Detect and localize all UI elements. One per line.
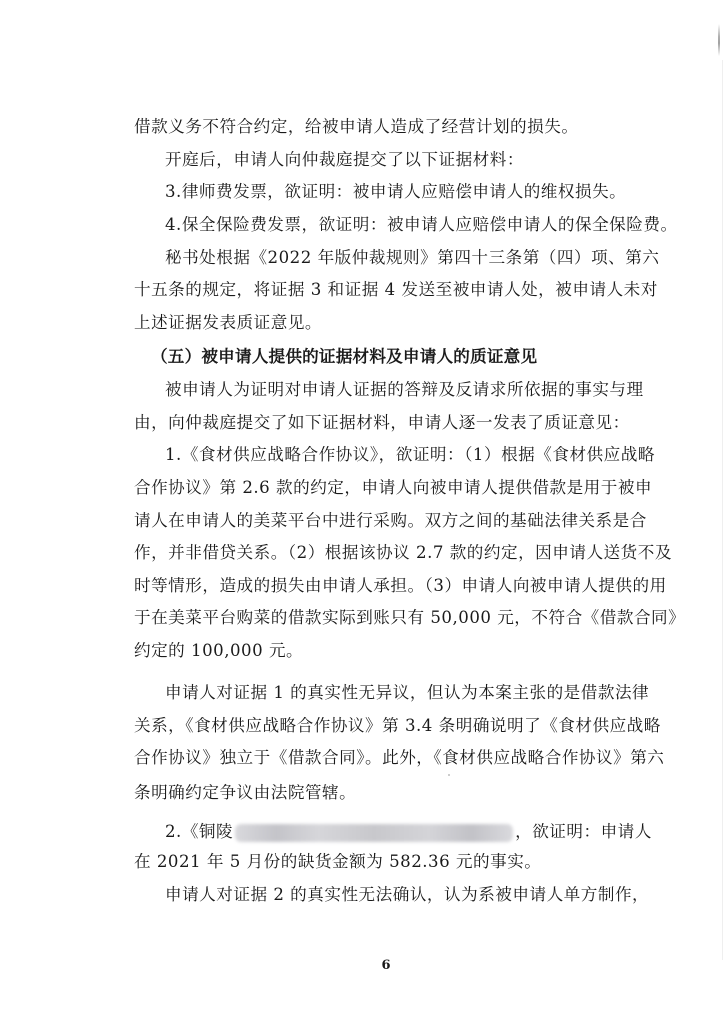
text-line: 被申请人为证明对申请人证据的答辩及反请求所依据的事实与理 [165, 377, 655, 403]
text-line: 十五条的规定，将证据 3 和证据 4 发送至被申请人处，被申请人未对 [134, 277, 654, 303]
scan-speck [448, 774, 450, 776]
scan-artifact [718, 24, 720, 56]
document-page: 借款义务不符合约定，给被申请人造成了经营计划的损失。开庭后，申请人向仲裁庭提交了… [0, 0, 724, 1024]
text-line: 请人在申请人的美菜平台中进行采购。双方之间的基础法律关系是合 [134, 508, 654, 534]
text-line: 秘书处根据《2022 年版仲裁规则》第四十三条第（四）项、第六 [165, 245, 655, 271]
text-line: 4.保全保险费发票，欲证明：被申请人应赔偿申请人的保全保险费。 [165, 212, 655, 238]
text-line: 申请人对证据 2 的真实性无法确认，认为系被申请人单方制作， [165, 882, 655, 908]
text-line: 关系，《食材供应战略合作协议》第 3.4 条明确说明了《食材供应战略 [134, 713, 654, 739]
text-line: 约定的 100,000 元。 [134, 638, 654, 664]
text-line: 由，向仲裁庭提交了如下证据材料，申请人逐一发表了质证意见： [134, 410, 654, 436]
text-line: 3.律师费发票，欲证明：被申请人应赔偿申请人的维权损失。 [165, 179, 655, 205]
text-line: 于在美菜平台购菜的借款实际到账只有 50,000 元，不符合《借款合同》 [134, 605, 654, 631]
evidence-2-line: 2.《铜陵，欲证明：申请人 [165, 819, 655, 845]
scan-edge [722, 60, 723, 960]
text-line: 借款义务不符合约定，给被申请人造成了经营计划的损失。 [134, 114, 654, 140]
text-line: 合作协议》独立于《借款合同》。此外，《食材供应战略合作协议》第六 [134, 745, 654, 771]
text-line: 申请人对证据 1 的真实性无异议，但认为本案主张的是借款法律 [165, 680, 655, 706]
text-line: 在 2021 年 5 月份的缺货金额为 582.36 元的事实。 [134, 849, 654, 875]
evidence-2-prefix: 2.《铜陵 [165, 822, 233, 841]
evidence-2-suffix: ，欲证明：申请人 [515, 822, 652, 841]
redacted-company-name [235, 824, 513, 842]
text-line: 条明确约定争议由法院管辖。 [134, 780, 654, 806]
section-heading: （五）被申请人提供的证据材料及申请人的质证意见 [151, 344, 671, 370]
text-line: 合作协议》第 2.6 款的约定，申请人向被申请人提供借款是用于被申 [134, 475, 654, 501]
text-line: 1.《食材供应战略合作协议》，欲证明：（1）根据《食材供应战略 [165, 442, 655, 468]
page-number: 6 [376, 958, 396, 973]
text-line: 作，并非借贷关系。（2）根据该协议 2.7 款的约定，因申请人送货不及 [134, 540, 654, 566]
text-line: 开庭后，申请人向仲裁庭提交了以下证据材料： [165, 147, 655, 173]
text-line: 时等情形，造成的损失由申请人承担。（3）申请人向被申请人提供的用 [134, 573, 654, 599]
text-line: 上述证据发表质证意见。 [134, 310, 654, 336]
